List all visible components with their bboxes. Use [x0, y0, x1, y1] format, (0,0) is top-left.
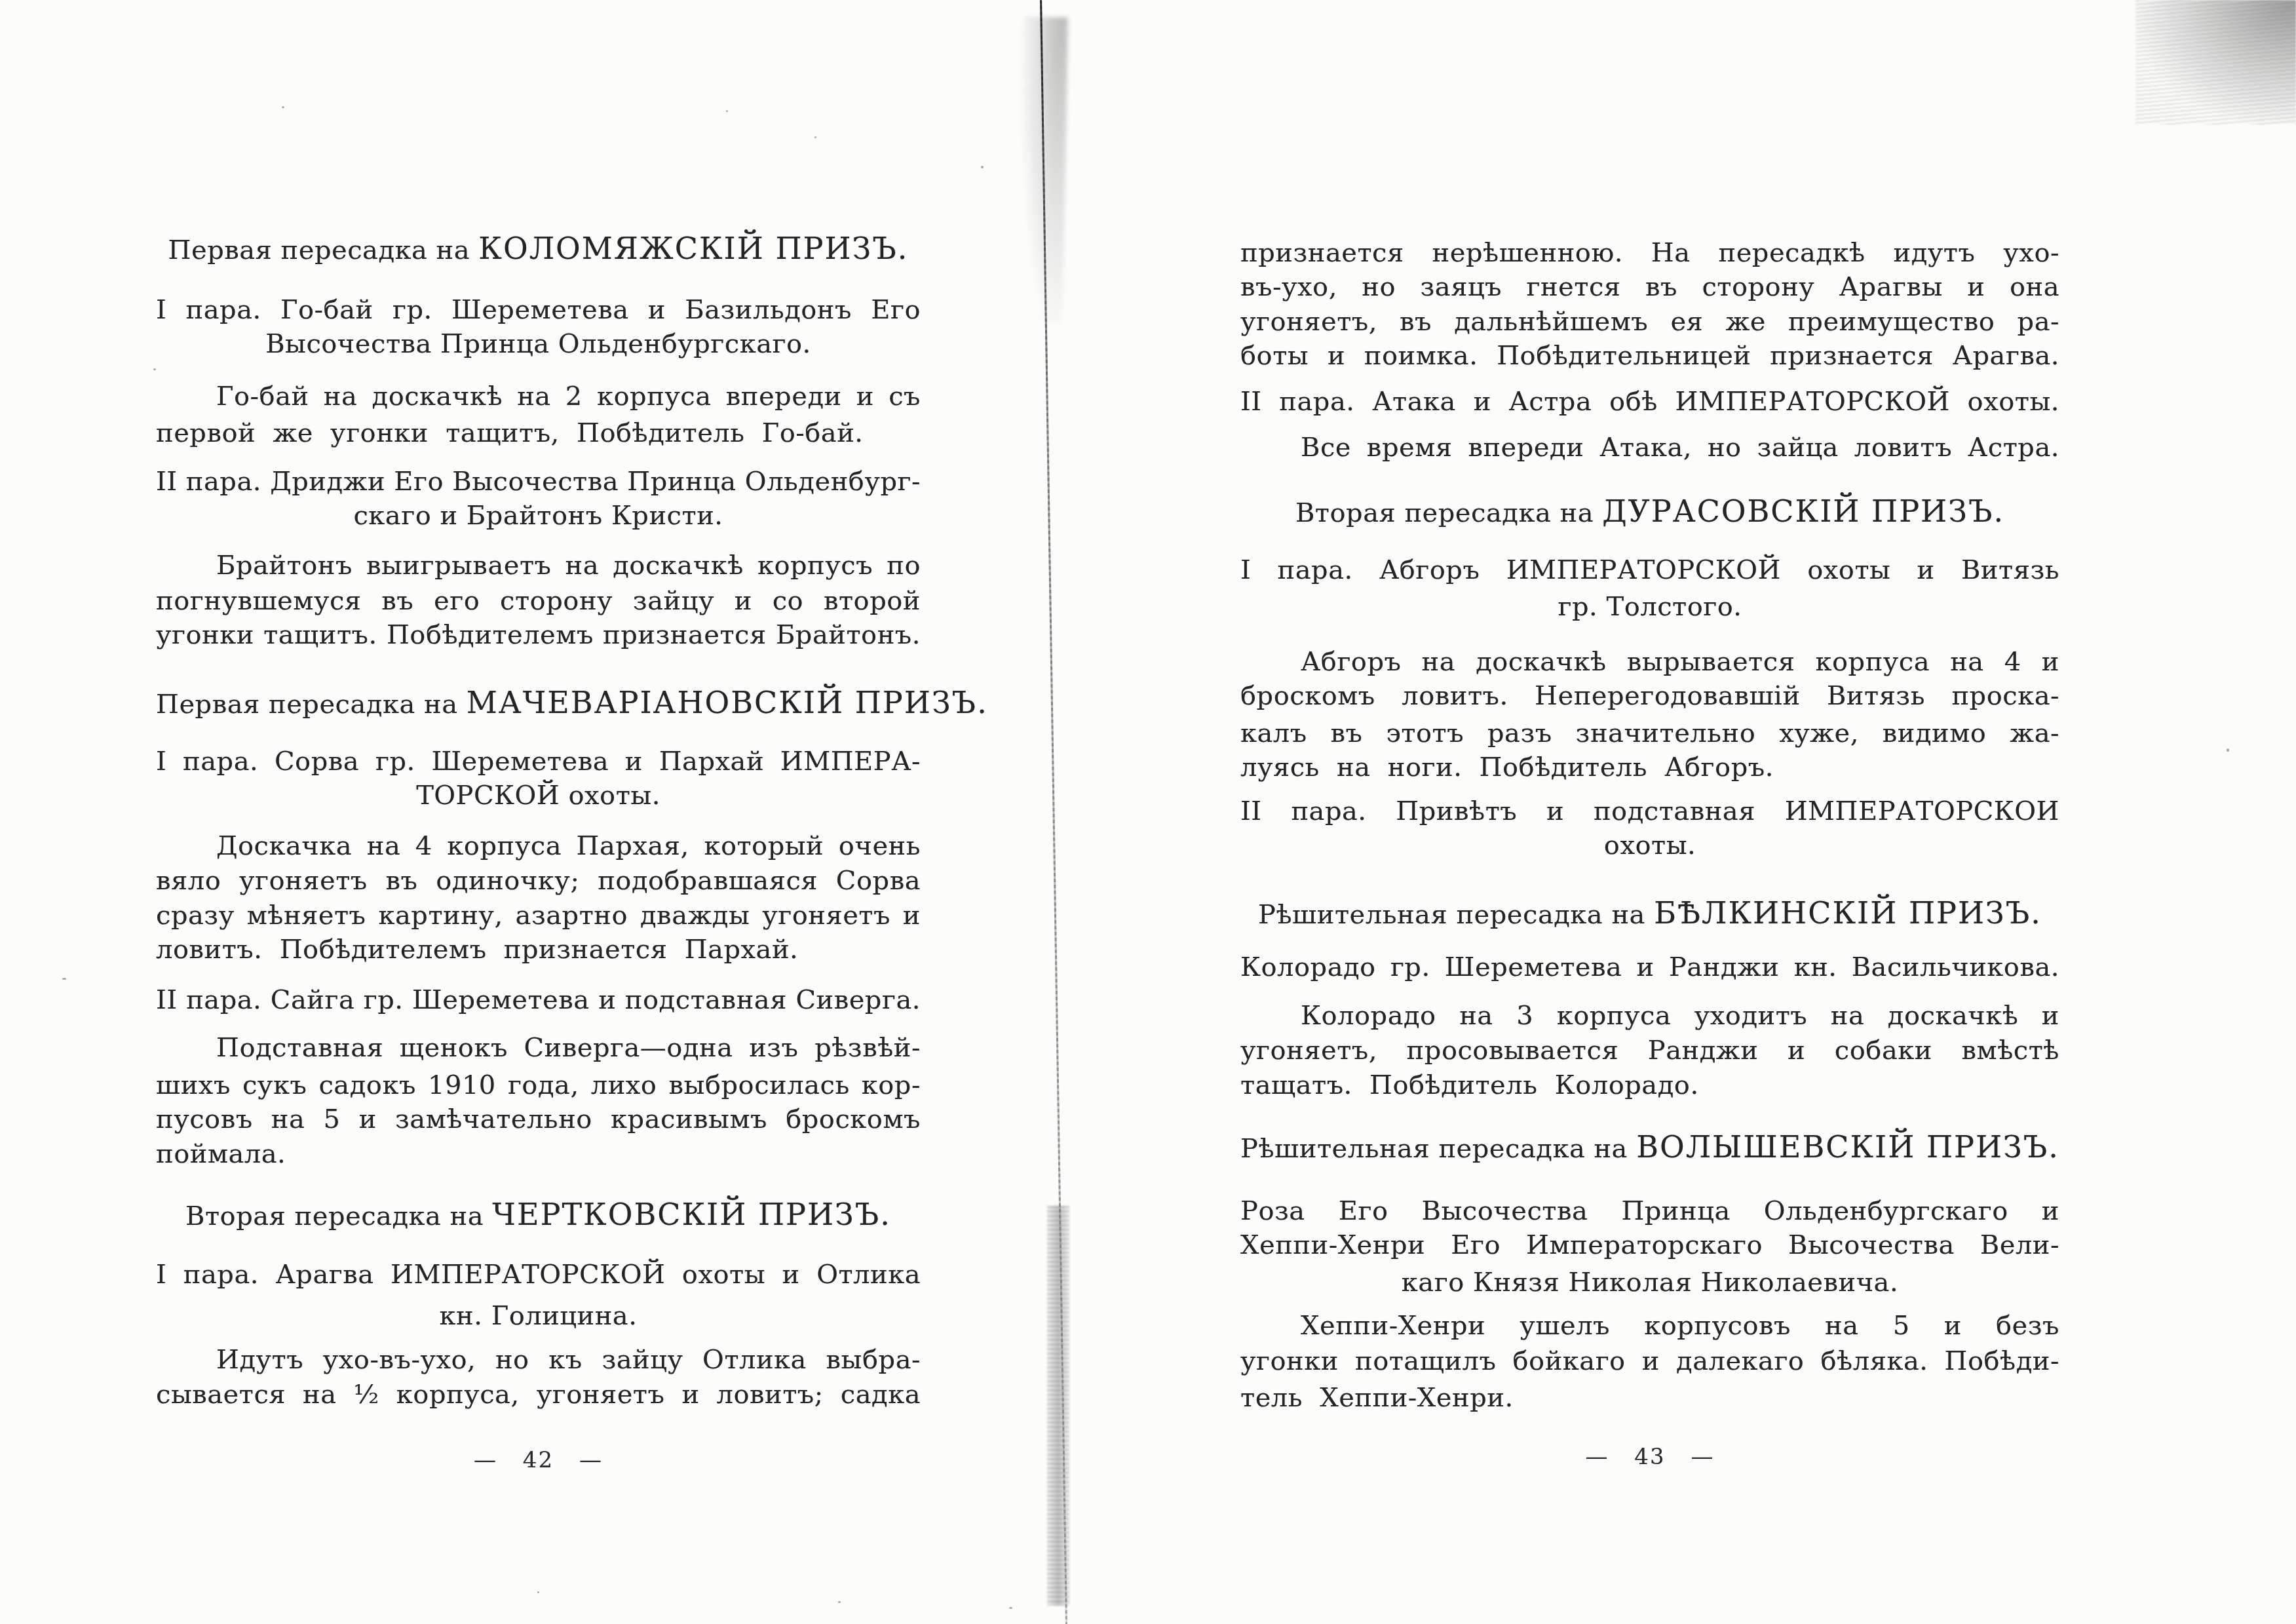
text-line: сывается на ½ корпуса, угоняетъ и ловитъ… [156, 1378, 921, 1412]
text-line: вяло угоняетъ въ одиночку; подобравшаяся… [156, 864, 921, 898]
text-line: II пара. Атака и Астра обѣ ИМПЕРАТОРСКОЙ… [1240, 385, 2059, 419]
section-heading: Первая пересадка на МАЧЕВАРІАНОВСКІЙ ПРИ… [156, 686, 921, 720]
heading-lead-text: Вторая пересадка на [1295, 498, 1602, 528]
text-line: шихъ сукъ садокъ 1910 года, лихо выброси… [156, 1068, 921, 1102]
text-line: угоняетъ, въ дальнѣйшемъ ея же преимущес… [1240, 305, 2059, 339]
text-line: кн. Голицина. [156, 1299, 921, 1333]
paper-speck [282, 106, 284, 108]
paper-speck [1478, 1400, 1481, 1402]
text-line: Абгоръ на доскачкѣ вырывается корпуса на… [1240, 645, 2059, 679]
section-heading: Рѣшительная пересадка на ВОЛЫШЕВСКІЙ ПРИ… [1240, 1130, 2059, 1164]
text-line: калъ въ этотъ разъ значительно хуже, вид… [1240, 716, 2059, 750]
text-line: I пара. Го-бай гр. Шереметева и Базильдо… [156, 293, 921, 327]
text-line: охоты. [1240, 828, 2059, 862]
heading-prize-name: МАЧЕВАРІАНОВСКІЙ ПРИЗЪ. [467, 685, 988, 720]
paper-speck [838, 1601, 841, 1603]
text-line: признается нерѣшенною. На пересадкѣ идут… [1240, 236, 2059, 270]
heading-prize-name: ВОЛЫШЕВСКІЙ ПРИЗЪ. [1636, 1129, 2059, 1165]
text-line: Брайтонъ выигрываетъ на доскачкѣ корпусъ… [156, 549, 921, 583]
right-page: признается нерѣшенною. На пересадкѣ идут… [1240, 236, 2059, 1474]
page-number: — 43 — [1240, 1440, 2059, 1474]
top-right-scan-smudge [2135, 0, 2296, 125]
text-line: Колорадо на 3 корпуса уходитъ на доскачк… [1240, 999, 2059, 1033]
heading-lead-text: Рѣшительная пересадка на [1258, 900, 1654, 930]
text-line: угонки тащитъ. Побѣдителемъ признается Б… [156, 618, 921, 652]
text-line: скаго и Брайтонъ Кристи. [156, 499, 921, 533]
text-line: Хеппи-Хенри ушелъ корпусовъ на 5 и безъ [1240, 1309, 2059, 1343]
text-line: Доскачка на 4 корпуса Пархая, который оч… [156, 829, 921, 863]
text-line: поймала. [156, 1137, 921, 1171]
section-heading: Рѣшительная пересадка на БѢЛКИНСКІЙ ПРИЗ… [1240, 896, 2059, 930]
heading-prize-name: ДУРАСОВСКІЙ ПРИЗЪ. [1602, 493, 2004, 529]
heading-prize-name: ЧЕРТКОВСКІЙ ПРИЗЪ. [492, 1197, 891, 1232]
text-line: луясь на ноги. Побѣдитель Абгоръ. [1240, 750, 2059, 784]
paper-speck [62, 978, 66, 980]
text-line: сразу мѣняетъ картину, азартно дважды уг… [156, 899, 921, 933]
text-line: угоняетъ, просовывается Ранджи и собаки … [1240, 1034, 2059, 1068]
heading-lead-text: Рѣшительная пересадка на [1240, 1134, 1636, 1164]
text-line: II пара. Сайга гр. Шереметева и подставн… [156, 983, 921, 1017]
text-line: Хеппи-Хенри Его Императорскаго Высочеств… [1240, 1228, 2059, 1262]
text-line: II пара. Дриджи Его Высочества Принца Ол… [156, 465, 921, 499]
section-heading: Первая пересадка на КОЛОМЯЖСКІЙ ПРИЗЪ. [156, 231, 921, 265]
section-heading: Вторая пересадка на ДУРАСОВСКІЙ ПРИЗЪ. [1240, 494, 2059, 528]
text-line: погнувшемуся въ его сторону зайцу и со в… [156, 584, 921, 618]
text-line: ТОРСКОЙ охоты. [156, 779, 921, 813]
text-line: первой же угонки тащитъ, Побѣдитель Го-б… [156, 416, 921, 450]
text-line: броскомъ ловитъ. Неперегодовавшій Витязь… [1240, 679, 2059, 713]
text-line: II пара. Привѣтъ и подставная ИМПЕРАТОРС… [1240, 794, 2059, 828]
text-line: I пара. Абгоръ ИМПЕРАТОРСКОЙ охоты и Вит… [1240, 553, 2059, 587]
text-line: I пара. Арагва ИМПЕРАТОРСКОЙ охоты и Отл… [156, 1258, 921, 1292]
text-line: Идутъ ухо-въ-ухо, но къ зайцу Отлика выб… [156, 1343, 921, 1377]
text-line: гр. Толстого. [1240, 590, 2059, 624]
heading-prize-name: БѢЛКИНСКІЙ ПРИЗЪ. [1654, 895, 2042, 931]
text-line: Все время впереди Атака, но зайца ловитъ… [1240, 431, 2059, 465]
page-number: — 42 — [156, 1443, 921, 1477]
text-line: Го-бай на доскачкѣ на 2 корпуса впереди … [156, 379, 921, 414]
text-line: пусовъ на 5 и замѣчательно красивымъ бро… [156, 1102, 921, 1136]
book-spread-scan: Первая пересадка на КОЛОМЯЖСКІЙ ПРИЗЪ.I … [0, 0, 2296, 1624]
heading-lead-text: Первая пересадка на [168, 235, 479, 265]
paper-speck [981, 166, 984, 168]
text-line: тель Хеппи-Хенри. [1240, 1381, 2059, 1415]
paper-speck [537, 1591, 539, 1593]
section-heading: Вторая пересадка на ЧЕРТКОВСКІЙ ПРИЗЪ. [156, 1197, 921, 1231]
text-line: каго Князя Николая Николаевича. [1240, 1266, 2059, 1300]
text-line: Колорадо гр. Шереметева и Ранджи кн. Вас… [1240, 950, 2059, 984]
text-line: ловитъ. Побѣдителемъ признается Пархай. [156, 933, 921, 967]
paper-speck [153, 368, 156, 370]
heading-prize-name: КОЛОМЯЖСКІЙ ПРИЗЪ. [478, 231, 908, 266]
paper-speck [1009, 1607, 1012, 1609]
text-line: Подставная щенокъ Сиверга—одна изъ рѣзвѣ… [156, 1031, 921, 1065]
text-line: Высочества Принца Ольденбургскаго. [156, 327, 921, 361]
text-line: тащатъ. Побѣдитель Колорадо. [1240, 1068, 2059, 1102]
left-page: Первая пересадка на КОЛОМЯЖСКІЙ ПРИЗЪ.I … [156, 231, 921, 1477]
text-line: I пара. Сорва гр. Шереметева и Пархай ИМ… [156, 744, 921, 779]
text-line: боты и поимка. Побѣдительницей признаетс… [1240, 339, 2059, 373]
heading-lead-text: Первая пересадка на [156, 689, 467, 720]
paper-speck [814, 136, 816, 138]
gutter-fold-bottom-fuzz [1047, 1206, 1069, 1606]
text-line: въ-ухо, но заяцъ гнется въ сторону Арагв… [1240, 270, 2059, 304]
text-line: Роза Его Высочества Принца Ольденбургска… [1240, 1194, 2059, 1228]
heading-lead-text: Вторая пересадка на [185, 1201, 492, 1231]
paper-speck [2227, 748, 2229, 752]
text-line: угонки потащилъ бойкаго и далекаго бѣляк… [1240, 1344, 2059, 1378]
paper-speck [726, 110, 728, 112]
